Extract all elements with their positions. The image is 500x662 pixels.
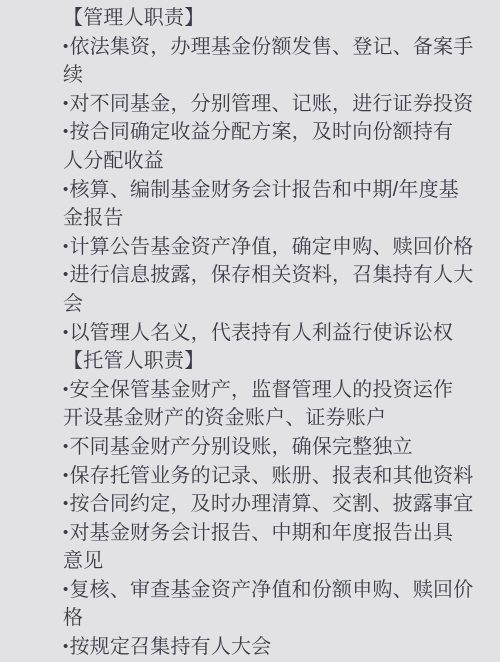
bullet-line: •对不同基金，分别管理、记账，进行证券投资 [63,90,476,119]
bullet-icon: • [63,181,68,198]
continuation-line: 会 [63,290,476,319]
bullet-line: •按合同约定，及时办理清算、交割、披露事宜 [63,490,476,519]
line-text: 格 [63,607,83,629]
bullet-icon: • [63,381,68,398]
line-text: 核算、编制基金财务会计报告和中期/年度基 [69,179,459,201]
bullet-line: •按合同确定收益分配方案，及时向份额持有 [63,118,476,147]
line-text: 以管理人名义，代表持有人利益行使诉讼权 [69,322,453,344]
bullet-icon: • [63,238,68,255]
line-text: 按合同约定，及时办理清算、交割、披露事宜 [69,493,473,515]
line-text: 不同基金财产分别设账，确保完整独立 [69,436,412,458]
line-text: 开设基金财产的资金账户、证券账户 [63,407,386,429]
bullet-icon: • [63,581,68,598]
bullet-icon: • [63,438,68,455]
line-text: 进行信息披露，保存相关资料，召集持有人大 [69,264,473,286]
line-text: 复核、审查基金资产净值和份额申购、赎回价 [69,579,473,601]
line-text: 安全保管基金财产，监督管理人的投资运作 [69,379,453,401]
bullet-line: •以管理人名义，代表持有人利益行使诉讼权 [63,319,476,348]
bullet-icon: • [63,266,68,283]
continuation-line: 格 [63,604,476,633]
bullet-icon: • [63,123,68,140]
line-text: 计算公告基金资产净值，确定申购、赎回价格 [69,236,473,258]
bullet-icon: • [63,324,68,341]
bullet-line: •依法集资，办理基金份额发售、登记、备案手 [63,33,476,62]
line-text: 依法集资，办理基金份额发售、登记、备案手 [69,36,473,58]
line-text: 保存托管业务的记录、账册、报表和其他资料 [69,465,473,487]
continuation-line: 续 [63,61,476,90]
continuation-line: 人分配收益 [63,147,476,176]
bullet-line: •不同基金财产分别设账，确保完整独立 [63,433,476,462]
line-text: 对基金财务会计报告、中期和年度报告出具 [69,522,453,544]
bullet-line: •复核、审查基金资产净值和份额申购、赎回价 [63,576,476,605]
bullet-icon: • [63,95,68,112]
section-title: 【托管人职责】 [63,347,476,376]
line-text: 意见 [63,550,103,572]
line-text: 按规定召集持有人大会 [69,636,271,658]
line-text: 对不同基金，分别管理、记账，进行证券投资 [69,93,473,115]
bullet-line: •进行信息披露，保存相关资料，召集持有人大 [63,261,476,290]
bullet-icon: • [63,467,68,484]
line-text: 会 [63,293,83,315]
bullet-line: •计算公告基金资产净值，确定申购、赎回价格 [63,233,476,262]
section-title: 【管理人职责】 [63,4,476,33]
bullet-icon: • [63,524,68,541]
bullet-line: •对基金财务会计报告、中期和年度报告出具 [63,519,476,548]
line-text: 按合同确定收益分配方案，及时向份额持有 [69,121,453,143]
bullet-icon: • [63,495,68,512]
line-text: 人分配收益 [63,150,164,172]
continuation-line: 金报告 [63,204,476,233]
document-page: 【管理人职责】•依法集资，办理基金份额发售、登记、备案手续•对不同基金，分别管理… [0,0,500,662]
bullet-line: •核算、编制基金财务会计报告和中期/年度基 [63,176,476,205]
line-text: 金报告 [63,207,124,229]
bullet-line: •保存托管业务的记录、账册、报表和其他资料 [63,462,476,491]
continuation-line: 意见 [63,547,476,576]
bullet-line: •按规定召集持有人大会 [63,633,476,662]
line-text: 续 [63,64,83,86]
bullet-line: •安全保管基金财产，监督管理人的投资运作 [63,376,476,405]
continuation-line: 开设基金财产的资金账户、证券账户 [63,404,476,433]
bullet-icon: • [63,38,68,55]
bullet-icon: • [63,638,68,655]
